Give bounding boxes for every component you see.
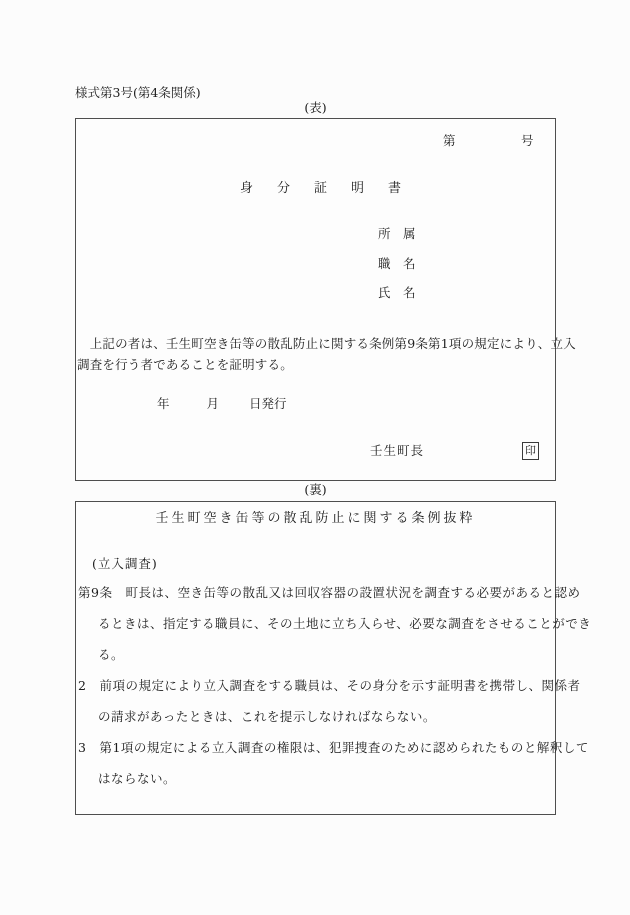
article-line: 第9条 町長は、空き缶等の散乱又は回収容器の設置状況を調査する必要があると認め xyxy=(78,577,556,608)
ordinance-excerpt-back-box: 壬生町空き缶等の散乱防止に関する条例抜粋 (立入調査) 第9条 町長は、空き缶等… xyxy=(75,501,556,815)
article-heading-label: (立入調査) xyxy=(92,557,158,571)
issue-date-line: 年 月 日発行 xyxy=(157,397,287,411)
article-line: るときは、指定する職員に、その土地に立ち入らせ、必要な調査をさせることができ xyxy=(78,608,556,639)
article-line: 3 第1項の規定による立入調査の権限は、犯罪捜査のために認められたものと解釈して xyxy=(78,732,556,763)
certification-statement: 上記の者は、壬生町空き缶等の散乱防止に関する条例第9条第1項の規定により、立入 … xyxy=(77,333,555,375)
article-line: はならない。 xyxy=(78,763,556,794)
article-body: 第9条 町長は、空き缶等の散乱又は回収容器の設置状況を調査する必要があると認め … xyxy=(78,577,556,794)
seal-mark: 印 xyxy=(522,442,539,460)
issuer-title-label: 壬生町長 xyxy=(370,443,424,458)
issue-date-year-label: 年 xyxy=(157,396,170,411)
document-page: 様式第3号(第4条関係) (表) 第 号 身 分 証 明 書 所 属 職 名 氏… xyxy=(0,0,630,915)
identity-certificate-front-box: 第 号 身 分 証 明 書 所 属 職 名 氏 名 上記の者は、壬生町空き缶等の… xyxy=(75,118,556,481)
job-title-field-label: 職 名 xyxy=(378,257,416,271)
certification-statement-line1: 上記の者は、壬生町空き缶等の散乱防止に関する条例第9条第1項の規定により、立入 xyxy=(77,333,555,354)
article-line: の請求があったときは、これを提示しなければならない。 xyxy=(78,701,556,732)
ordinance-excerpt-title: 壬生町空き缶等の散乱防止に関する条例抜粋 xyxy=(76,511,555,526)
serial-number-suffix-label: 号 xyxy=(521,134,534,148)
form-number-label: 様式第3号(第4条関係) xyxy=(75,86,201,100)
serial-number-prefix-label: 第 xyxy=(443,134,456,148)
front-side-marker: (表) xyxy=(75,101,556,115)
affiliation-field-label: 所 属 xyxy=(378,227,416,241)
certificate-title: 身 分 証 明 書 xyxy=(240,181,407,196)
article-line: 2 前項の規定により立入調査をする職員は、その身分を示す証明書を携帯し、関係者 xyxy=(78,670,556,701)
article-line: る。 xyxy=(78,639,556,670)
certification-statement-line2: 調査を行う者であることを証明する。 xyxy=(77,354,555,375)
name-field-label: 氏 名 xyxy=(378,286,416,300)
issue-date-month-label: 月 xyxy=(207,396,220,411)
issue-date-day-issued-label: 日発行 xyxy=(249,396,287,411)
back-side-marker: (裏) xyxy=(75,483,556,497)
